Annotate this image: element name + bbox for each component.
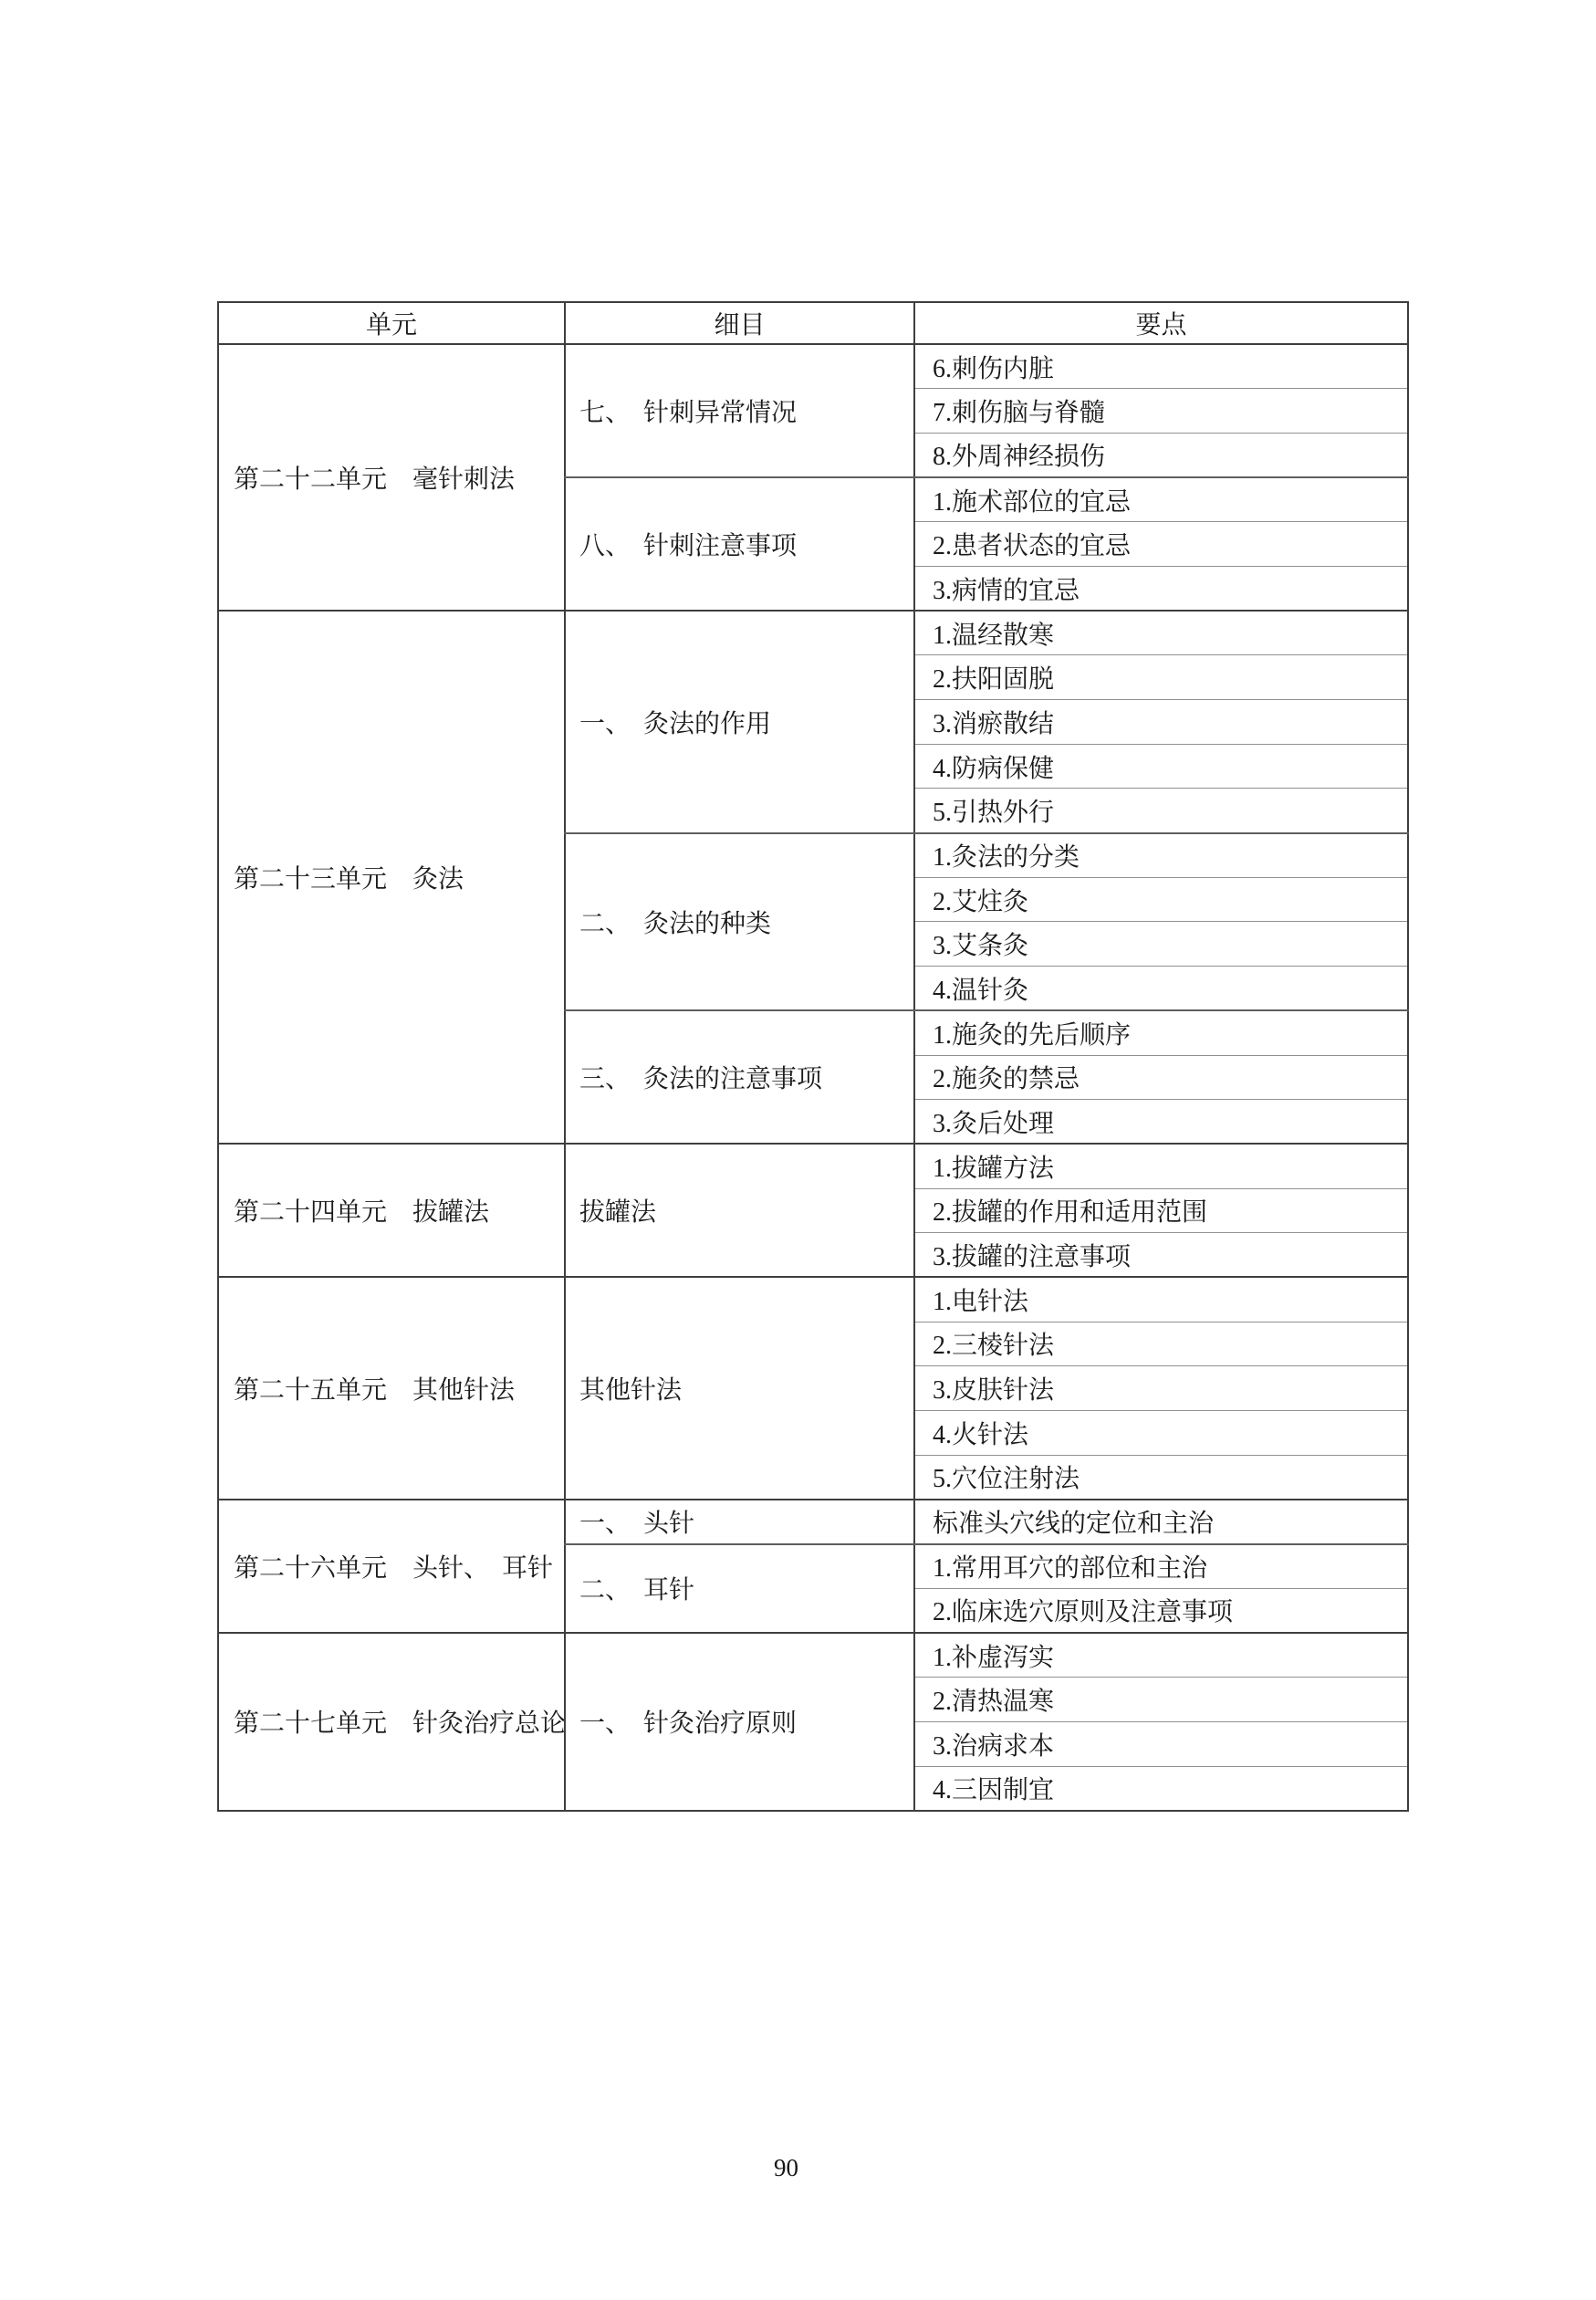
point-cell: 3.病情的宜忌: [914, 566, 1408, 611]
page-number: 90: [774, 2154, 798, 2182]
point-cell: 8.外周神经损伤: [914, 433, 1408, 477]
unit-cell: 第二十三单元 灸法: [218, 611, 565, 1144]
point-cell: 2.扶阳固脱: [914, 655, 1408, 700]
point-cell: 3.皮肤针法: [914, 1366, 1408, 1411]
unit-cell: 第二十二单元 毫针刺法: [218, 344, 565, 611]
column-header-points: 要点: [914, 302, 1408, 344]
point-cell: 2.施灸的禁忌: [914, 1055, 1408, 1100]
point-cell: 5.穴位注射法: [914, 1455, 1408, 1500]
point-cell: 2.清热温寒: [914, 1678, 1408, 1722]
table-row: 第二十六单元 头针、 耳针一、 头针标准头穴线的定位和主治: [218, 1500, 1408, 1544]
point-cell: 2.三棱针法: [914, 1322, 1408, 1366]
unit-cell: 第二十七单元 针灸治疗总论: [218, 1633, 565, 1811]
point-cell: 1.常用耳穴的部位和主治: [914, 1544, 1408, 1589]
point-cell: 4.三因制宜: [914, 1766, 1408, 1811]
point-cell: 2.艾炷灸: [914, 877, 1408, 922]
point-cell: 4.火针法: [914, 1411, 1408, 1456]
item-cell: 三、 灸法的注意事项: [565, 1010, 914, 1144]
point-cell: 1.施灸的先后顺序: [914, 1010, 1408, 1055]
table-row: 第二十七单元 针灸治疗总论一、 针灸治疗原则1.补虚泻实: [218, 1633, 1408, 1678]
table-row: 第二十三单元 灸法一、 灸法的作用1.温经散寒: [218, 611, 1408, 655]
column-header-unit: 单元: [218, 302, 565, 344]
point-cell: 1.补虚泻实: [914, 1633, 1408, 1678]
point-cell: 1.施术部位的宜忌: [914, 477, 1408, 522]
point-cell: 2.临床选穴原则及注意事项: [914, 1588, 1408, 1633]
table-row: 第二十四单元 拔罐法拔罐法1.拔罐方法: [218, 1144, 1408, 1188]
point-cell: 2.拔罐的作用和适用范围: [914, 1188, 1408, 1233]
unit-cell: 第二十四单元 拔罐法: [218, 1144, 565, 1277]
point-cell: 1.灸法的分类: [914, 833, 1408, 878]
point-cell: 5.引热外行: [914, 789, 1408, 833]
item-cell: 一、 灸法的作用: [565, 611, 914, 832]
table-body: 第二十二单元 毫针刺法七、 针刺异常情况6.刺伤内脏7.刺伤脑与脊髓8.外周神经…: [218, 344, 1408, 1811]
document-page: 单元 细目 要点 第二十二单元 毫针刺法七、 针刺异常情况6.刺伤内脏7.刺伤脑…: [0, 0, 1596, 2300]
point-cell: 4.防病保健: [914, 744, 1408, 789]
item-cell: 八、 针刺注意事项: [565, 477, 914, 611]
point-cell: 3.消瘀散结: [914, 700, 1408, 745]
point-cell: 1.拔罐方法: [914, 1144, 1408, 1188]
point-cell: 标准头穴线的定位和主治: [914, 1500, 1408, 1544]
point-cell: 6.刺伤内脏: [914, 344, 1408, 389]
item-cell: 二、 耳针: [565, 1544, 914, 1633]
table-header-row: 单元 细目 要点: [218, 302, 1408, 344]
point-cell: 1.温经散寒: [914, 611, 1408, 655]
syllabus-table: 单元 细目 要点 第二十二单元 毫针刺法七、 针刺异常情况6.刺伤内脏7.刺伤脑…: [217, 301, 1409, 1812]
unit-cell: 第二十六单元 头针、 耳针: [218, 1500, 565, 1633]
item-cell: 二、 灸法的种类: [565, 833, 914, 1011]
item-cell: 拔罐法: [565, 1144, 914, 1277]
point-cell: 3.拔罐的注意事项: [914, 1233, 1408, 1278]
item-cell: 一、 针灸治疗原则: [565, 1633, 914, 1811]
point-cell: 3.灸后处理: [914, 1100, 1408, 1145]
point-cell: 3.治病求本: [914, 1721, 1408, 1766]
point-cell: 2.患者状态的宜忌: [914, 522, 1408, 567]
item-cell: 其他针法: [565, 1277, 914, 1499]
point-cell: 3.艾条灸: [914, 922, 1408, 967]
point-cell: 4.温针灸: [914, 967, 1408, 1011]
table-row: 第二十二单元 毫针刺法七、 针刺异常情况6.刺伤内脏: [218, 344, 1408, 389]
column-header-item: 细目: [565, 302, 914, 344]
point-cell: 7.刺伤脑与脊髓: [914, 389, 1408, 434]
table-row: 第二十五单元 其他针法其他针法1.电针法: [218, 1277, 1408, 1322]
item-cell: 一、 头针: [565, 1500, 914, 1544]
unit-cell: 第二十五单元 其他针法: [218, 1277, 565, 1499]
item-cell: 七、 针刺异常情况: [565, 344, 914, 477]
point-cell: 1.电针法: [914, 1277, 1408, 1322]
